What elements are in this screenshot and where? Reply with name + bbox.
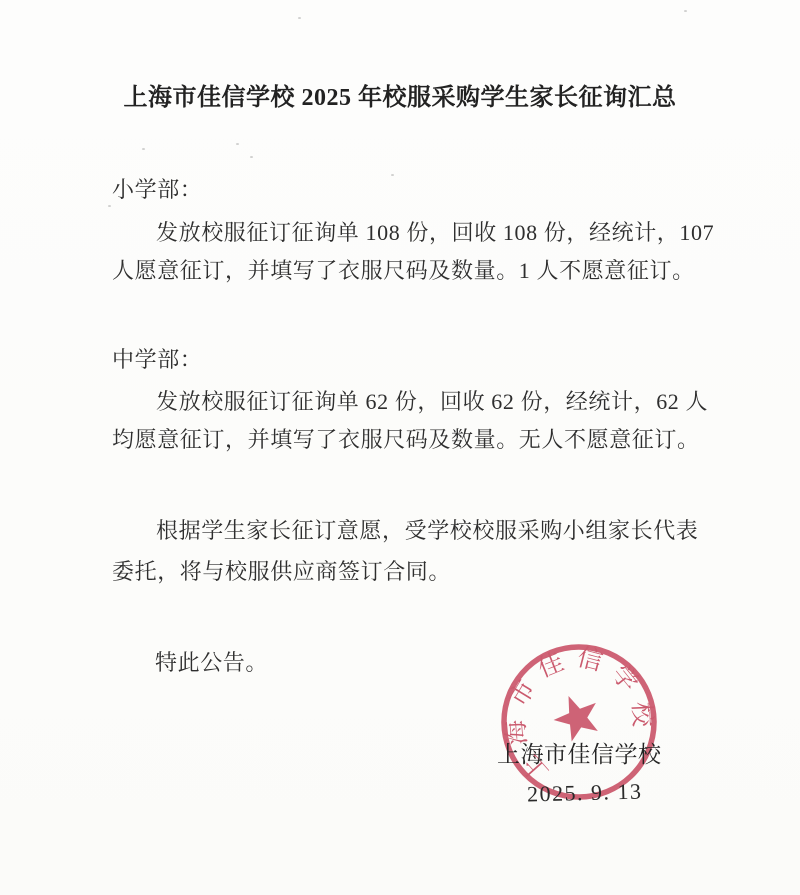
paragraph-line: 发放校服征订征询单 108 份，回收 108 份，经统计，107 [156, 220, 714, 245]
section-heading-middle: 中学部： [112, 347, 202, 372]
document-title: 上海市佳信学校 2025 年校服采购学生家长征询汇总 [0, 85, 800, 111]
scan-speck [391, 174, 394, 176]
scan-speck [298, 17, 301, 19]
scan-speck [142, 148, 145, 150]
signature-school-name: 上海市佳信学校 [497, 736, 662, 769]
paragraph-line: 均愿意征订，并填写了衣服尺码及数量。无人不愿意征订。 [112, 427, 700, 452]
section-heading-primary: 小学部： [112, 177, 202, 202]
document-date: 2025. 9. 13 [527, 778, 643, 807]
scan-speck [684, 10, 687, 12]
scan-speck [236, 143, 239, 145]
paragraph-line: 发放校服征订征询单 62 份，回收 62 份，经统计，62 人 [156, 389, 708, 414]
paragraph-line: 人愿意征订，并填写了衣服尺码及数量。1 人不愿意征订。 [112, 258, 695, 283]
scan-speck [108, 205, 111, 207]
paragraph-line: 委托，将与校服供应商签订合同。 [112, 559, 451, 584]
document-page: 上海市佳信学校 2025 年校服采购学生家长征询汇总 小学部： 发放校服征订征询… [0, 0, 800, 895]
closing-statement: 特此公告。 [155, 650, 268, 675]
paragraph-line: 根据学生家长征订意愿，受学校校服采购小组家长代表 [156, 518, 698, 543]
scan-speck [250, 156, 253, 158]
